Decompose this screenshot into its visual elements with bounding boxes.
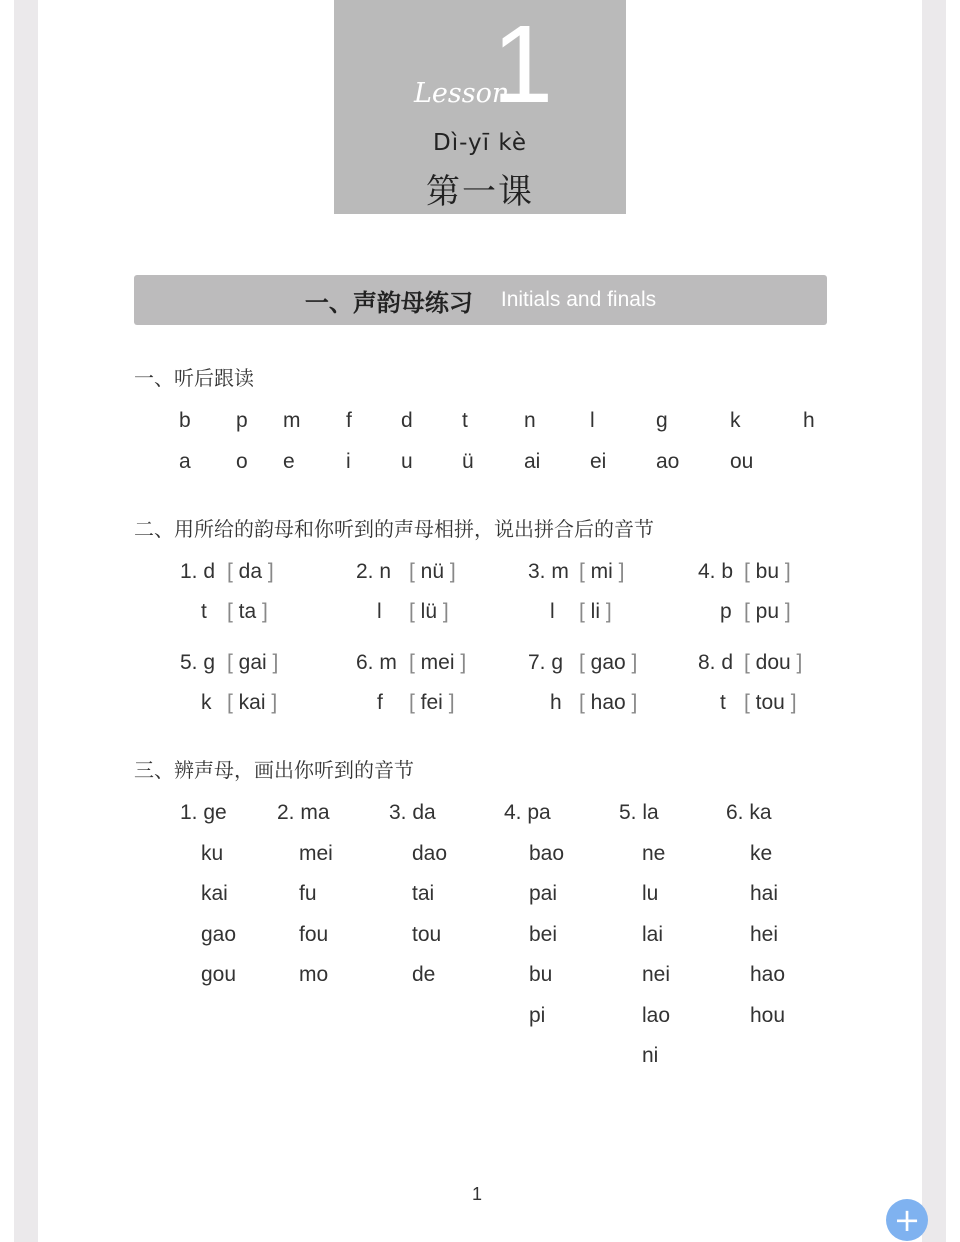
syllable-option[interactable]: mo (299, 963, 328, 987)
lesson-pinyin: Dì-yī kè (334, 130, 626, 156)
item-label: 6. m (356, 651, 397, 675)
section-banner: 一、声韵母练习 Initials and finals (134, 275, 827, 325)
syllable-option[interactable]: lu (642, 882, 658, 906)
item-answer: [ gao ] (579, 651, 637, 675)
syllable-option[interactable]: ni (642, 1044, 658, 1068)
item-answer: [ bu ] (744, 560, 791, 584)
add-button[interactable]: + (886, 1199, 928, 1241)
column-label: 4. pa (504, 801, 551, 825)
column-label: 2. ma (277, 801, 330, 825)
syllable-option[interactable]: lai (642, 923, 663, 947)
column-label: 5. la (619, 801, 659, 825)
initial: n (524, 409, 536, 433)
syllable-option[interactable]: pi (529, 1004, 545, 1028)
item-answer: [ gai ] (227, 651, 278, 675)
item-answer2: [ fei ] (409, 691, 455, 715)
item-label: 5. g (180, 651, 215, 675)
syllable-option[interactable]: tai (412, 882, 434, 906)
initial: d (401, 409, 413, 433)
syllable-option[interactable]: bao (529, 842, 564, 866)
syllable-option[interactable]: kai (201, 882, 228, 906)
lesson-header: Lesson 1 Dì-yī kè 第一课 (334, 0, 626, 214)
item-second: k (201, 691, 212, 715)
syllable-option[interactable]: ne (642, 842, 665, 866)
item-answer: [ mi ] (579, 560, 625, 584)
syllable-option[interactable]: nei (642, 963, 670, 987)
final: ei (590, 450, 606, 474)
item-answer: [ da ] (227, 560, 274, 584)
right-margin-bar (922, 0, 946, 1242)
final: o (236, 450, 248, 474)
item-label: 2. n (356, 560, 391, 584)
syllable-option[interactable]: gou (201, 963, 236, 987)
initial: b (179, 409, 191, 433)
syllable-option[interactable]: ke (750, 842, 772, 866)
lesson-hanzi: 第一课 (334, 164, 626, 213)
final: ai (524, 450, 540, 474)
syllable-option[interactable]: hei (750, 923, 778, 947)
final: e (283, 450, 295, 474)
item-label: 7. g (528, 651, 563, 675)
initial: k (730, 409, 741, 433)
section-title-en: Initials and finals (501, 288, 656, 312)
plus-icon: + (894, 1204, 921, 1236)
syllable-option[interactable]: hou (750, 1004, 785, 1028)
syllable-option[interactable]: hai (750, 882, 778, 906)
item-label: 4. b (698, 560, 733, 584)
initial: g (656, 409, 668, 433)
item-answer2: [ kai ] (227, 691, 277, 715)
item-answer: [ nü ] (409, 560, 456, 584)
item-second: t (201, 600, 207, 624)
syllable-option[interactable]: fou (299, 923, 328, 947)
syllable-option[interactable]: dao (412, 842, 447, 866)
lesson-number: 1 (492, 10, 553, 120)
initial: h (803, 409, 815, 433)
q2-title: 二、用所给的韵母和你听到的声母相拼，说出拼合后的音节 (134, 513, 654, 542)
page-number: 1 (472, 1184, 482, 1205)
section-title-cn: 一、声韵母练习 (305, 283, 473, 318)
column-label: 3. da (389, 801, 436, 825)
item-answer2: [ tou ] (744, 691, 797, 715)
item-second: l (550, 600, 555, 624)
item-answer: [ dou ] (744, 651, 802, 675)
final: i (346, 450, 351, 474)
item-answer2: [ pu ] (744, 600, 791, 624)
syllable-option[interactable]: de (412, 963, 435, 987)
syllable-option[interactable]: pai (529, 882, 557, 906)
syllable-option[interactable]: ku (201, 842, 223, 866)
item-label: 8. d (698, 651, 733, 675)
final: u (401, 450, 413, 474)
item-answer2: [ hao ] (579, 691, 637, 715)
initial: f (346, 409, 352, 433)
final: ou (730, 450, 753, 474)
initial: t (462, 409, 468, 433)
item-answer2: [ li ] (579, 600, 612, 624)
item-second: t (720, 691, 726, 715)
final: a (179, 450, 191, 474)
item-answer: [ mei ] (409, 651, 466, 675)
item-answer2: [ ta ] (227, 600, 268, 624)
final: ao (656, 450, 679, 474)
item-second: h (550, 691, 562, 715)
item-second: f (377, 691, 383, 715)
syllable-option[interactable]: bu (529, 963, 552, 987)
item-second: l (377, 600, 382, 624)
item-second: p (720, 600, 732, 624)
syllable-option[interactable]: lao (642, 1004, 670, 1028)
final: ü (462, 450, 474, 474)
q3-title: 三、辨声母，画出你听到的音节 (134, 754, 414, 783)
column-label: 1. ge (180, 801, 227, 825)
initial: p (236, 409, 248, 433)
item-label: 3. m (528, 560, 569, 584)
syllable-option[interactable]: tou (412, 923, 441, 947)
left-margin-bar (14, 0, 38, 1242)
syllable-option[interactable]: hao (750, 963, 785, 987)
syllable-option[interactable]: bei (529, 923, 557, 947)
syllable-option[interactable]: mei (299, 842, 333, 866)
column-label: 6. ka (726, 801, 772, 825)
item-label: 1. d (180, 560, 215, 584)
syllable-option[interactable]: gao (201, 923, 236, 947)
q1-title: 一、听后跟读 (134, 362, 254, 391)
initial: m (283, 409, 301, 433)
syllable-option[interactable]: fu (299, 882, 317, 906)
item-answer2: [ lü ] (409, 600, 449, 624)
initial: l (590, 409, 595, 433)
